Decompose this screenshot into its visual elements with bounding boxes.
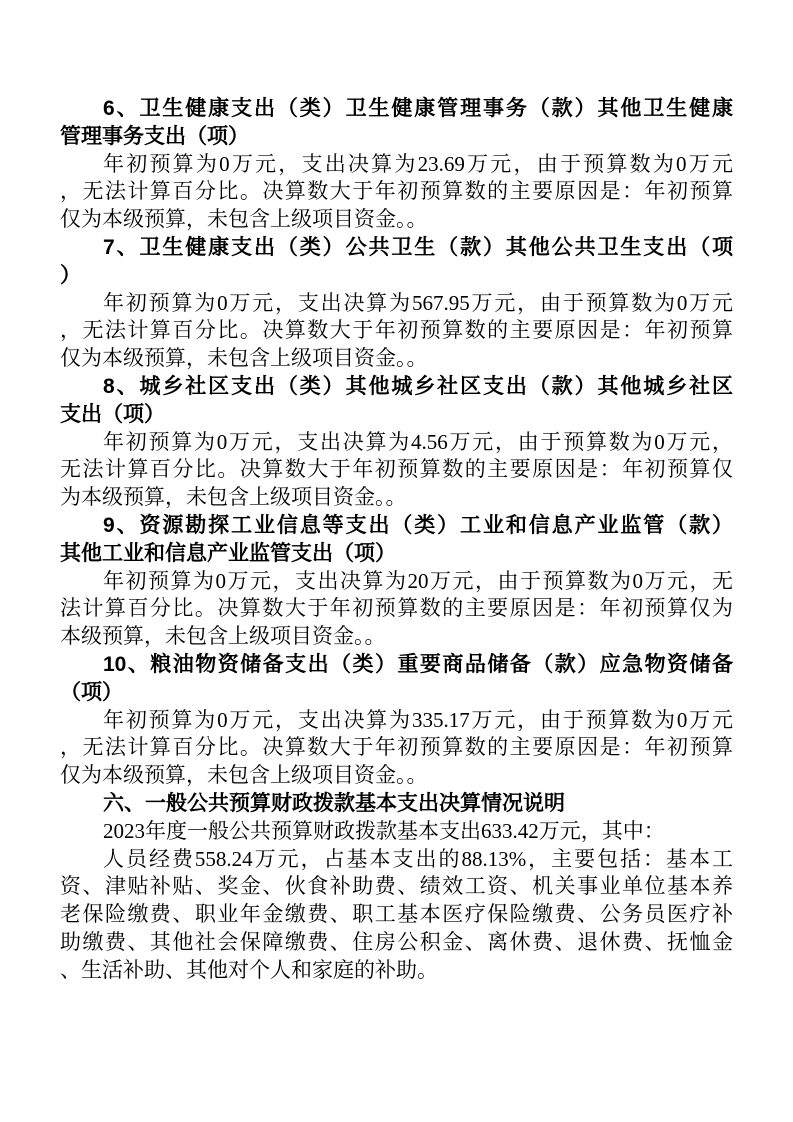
text-line: 法计算百分比。决算数大于年初预算数的主要原因是：年初预算仅为: [60, 595, 733, 623]
text-line: 年初预算为0万元，支出决算为567.95万元，由于预算数为0万元: [60, 290, 733, 318]
document-page: 6、卫生健康支出（类）卫生健康管理事务（款）其他卫生健康管理事务支出（项）年初预…: [0, 0, 793, 1122]
text-line: 10、粮油物资储备支出（类）重要商品储备（款）应急物资储备: [60, 651, 733, 679]
text-line: 本级预算，未包含上级项目资金。。: [60, 623, 733, 651]
text-line: 资、津贴补贴、奖金、伙食补助费、绩效工资、机关事业单位基本养: [60, 873, 733, 901]
text-line: 8、城乡社区支出（类）其他城乡社区支出（款）其他城乡社区: [60, 373, 733, 401]
text-line: 无法计算百分比。决算数大于年初预算数的主要原因是：年初预算仅: [60, 456, 733, 484]
text-line: ）: [60, 262, 733, 290]
text-line: 年初预算为0万元，支出决算为335.17万元，由于预算数为0万元: [60, 707, 733, 735]
text-line: （项）: [60, 679, 733, 707]
section-8-heading: 8、城乡社区支出（类）其他城乡社区支出（款）其他城乡社区支出（项）: [60, 373, 733, 429]
section-9-heading: 9、资源勘探工业信息等支出（类）工业和信息产业监管（款）其他工业和信息产业监管支…: [60, 512, 733, 568]
text-line: ，无法计算百分比。决算数大于年初预算数的主要原因是：年初预算: [60, 317, 733, 345]
personnel-expense-detail: 人员经费558.24万元，占基本支出的88.13%，主要包括：基本工资、津贴补贴…: [60, 846, 733, 985]
text-line: 仅为本级预算，未包含上级项目资金。。: [60, 206, 733, 234]
text-line: 7、卫生健康支出（类）公共卫生（款）其他公共卫生支出（项: [60, 234, 733, 262]
text-line: 仅为本级预算，未包含上级项目资金。。: [60, 762, 733, 790]
section-7-heading: 7、卫生健康支出（类）公共卫生（款）其他公共卫生支出（项）: [60, 234, 733, 290]
text-line: 人员经费558.24万元，占基本支出的88.13%，主要包括：基本工: [60, 846, 733, 874]
text-line: 年初预算为0万元，支出决算为20万元，由于预算数为0万元，无: [60, 568, 733, 596]
text-line: 9、资源勘探工业信息等支出（类）工业和信息产业监管（款）: [60, 512, 733, 540]
text-line: 为本级预算，未包含上级项目资金。。: [60, 484, 733, 512]
text-line: 6、卫生健康支出（类）卫生健康管理事务（款）其他卫生健康: [60, 95, 733, 123]
text-line: 助缴费、其他社会保障缴费、住房公积金、离休费、退休费、抚恤金: [60, 929, 733, 957]
text-line: 年初预算为0万元，支出决算为4.56万元，由于预算数为0万元，: [60, 429, 733, 457]
text-line: 年初预算为0万元，支出决算为23.69万元，由于预算数为0万元: [60, 151, 733, 179]
section-7-body: 年初预算为0万元，支出决算为567.95万元，由于预算数为0万元，无法计算百分比…: [60, 290, 733, 373]
basic-expenditure-total: 2023年度一般公共预算财政拨款基本支出633.42万元，其中：: [60, 818, 733, 846]
section-10-heading: 10、粮油物资储备支出（类）重要商品储备（款）应急物资储备（项）: [60, 651, 733, 707]
section-6-heading: 6、卫生健康支出（类）卫生健康管理事务（款）其他卫生健康管理事务支出（项）: [60, 95, 733, 151]
text-line: 管理事务支出（项）: [60, 123, 733, 151]
section-10-body: 年初预算为0万元，支出决算为335.17万元，由于预算数为0万元，无法计算百分比…: [60, 707, 733, 790]
section-9-body: 年初预算为0万元，支出决算为20万元，由于预算数为0万元，无法计算百分比。决算数…: [60, 568, 733, 651]
text-line: 其他工业和信息产业监管支出（项）: [60, 540, 733, 568]
text-line: ，无法计算百分比。决算数大于年初预算数的主要原因是：年初预算: [60, 734, 733, 762]
text-line: 2023年度一般公共预算财政拨款基本支出633.42万元，其中：: [60, 818, 733, 846]
text-line: 支出（项）: [60, 401, 733, 429]
text-line: 六、一般公共预算财政拨款基本支出决算情况说明: [60, 790, 733, 818]
document-content: 6、卫生健康支出（类）卫生健康管理事务（款）其他卫生健康管理事务支出（项）年初预…: [60, 95, 733, 985]
text-line: 老保险缴费、职业年金缴费、职工基本医疗保险缴费、公务员医疗补: [60, 901, 733, 929]
section-6-body: 年初预算为0万元，支出决算为23.69万元，由于预算数为0万元，无法计算百分比。…: [60, 151, 733, 234]
section-liu-heading: 六、一般公共预算财政拨款基本支出决算情况说明: [60, 790, 733, 818]
text-line: 、生活补助、其他对个人和家庭的补助。: [60, 957, 733, 985]
text-line: 仅为本级预算，未包含上级项目资金。。: [60, 345, 733, 373]
section-8-body: 年初预算为0万元，支出决算为4.56万元，由于预算数为0万元，无法计算百分比。决…: [60, 429, 733, 512]
text-line: ，无法计算百分比。决算数大于年初预算数的主要原因是：年初预算: [60, 178, 733, 206]
